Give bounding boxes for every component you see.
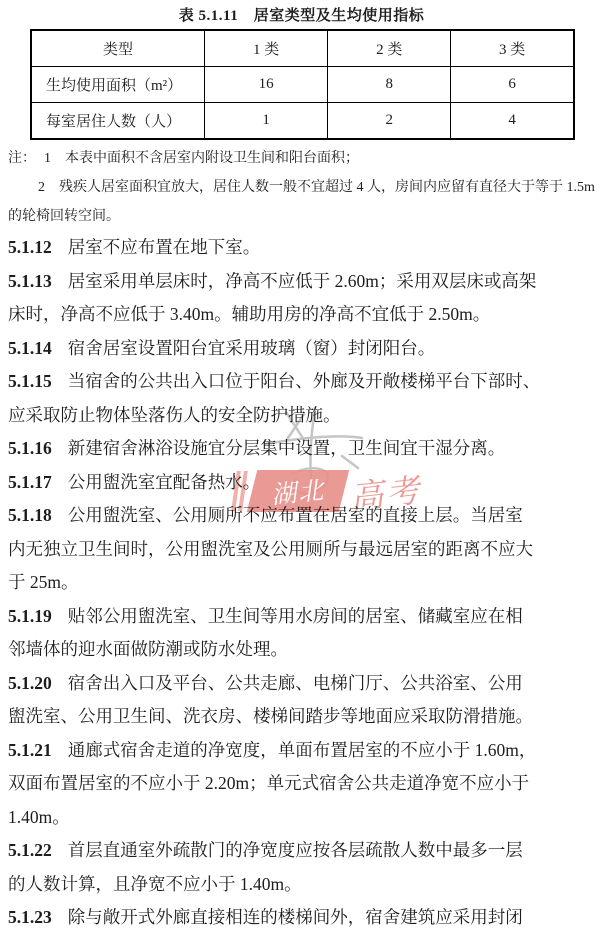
clause-text: 除与敞开式外廊直接相连的楼梯间外，宿舍建筑应采用封闭 [68, 907, 523, 927]
header-class1: 1 类 [205, 30, 328, 67]
row-label-area: 生均使用面积（m²） [31, 67, 205, 103]
clause-number: 5.1.20 [8, 673, 52, 693]
table-notes: 注：1本表中面积不含居室内附设卫生间和阳台面积； 2残疾人居室面积宜放大，居住人… [8, 144, 595, 231]
clause-5-1-23: 5.1.23除与敞开式外廊直接相连的楼梯间外，宿舍建筑应采用封闭 [8, 901, 595, 935]
clause-number: 5.1.12 [8, 237, 52, 257]
clause-number: 5.1.15 [8, 371, 52, 391]
clause-5-1-19: 5.1.19贴邻公用盥洗室、卫生间等用水房间的居室、储藏室应在相 邻墙体的迎水面… [8, 600, 595, 667]
cell-area-3: 6 [451, 67, 574, 103]
clause-number: 5.1.22 [8, 840, 52, 860]
clause-text: 邻墙体的迎水面做防潮或防水处理。 [8, 633, 595, 667]
clause-text: 宿舍居室设置阳台宜采用玻璃（窗）封闭阳台。 [68, 338, 436, 358]
table-header-row: 类型 1 类 2 类 3 类 [31, 30, 574, 67]
note-1: 注：1本表中面积不含居室内附设卫生间和阳台面积； [8, 144, 595, 173]
clause-text: 居室不应布置在地下室。 [68, 237, 261, 257]
table-row: 生均使用面积（m²） 16 8 6 [31, 67, 574, 103]
clause-5-1-18: 5.1.18公用盥洗室、公用厕所不应布置在居室的直接上层。当居室 内无独立卫生间… [8, 499, 595, 600]
spec-table: 类型 1 类 2 类 3 类 生均使用面积（m²） 16 8 6 每室居住人数（… [30, 29, 575, 140]
clause-5-1-14: 5.1.14宿舍居室设置阳台宜采用玻璃（窗）封闭阳台。 [8, 332, 595, 366]
clause-5-1-21: 5.1.21通廊式宿舍走道的净宽度，单面布置居室的不应小于 1.60m， 双面布… [8, 734, 595, 835]
clause-text: 公用盥洗室、公用厕所不应布置在居室的直接上层。当居室 [68, 505, 523, 525]
clause-text: 新建宿舍淋浴设施宜分层集中设置，卫生间宜干湿分离。 [68, 438, 506, 458]
clause-number: 5.1.17 [8, 472, 52, 492]
clause-number: 5.1.14 [8, 338, 52, 358]
clause-number: 5.1.21 [8, 740, 52, 760]
clause-text: 贴邻公用盥洗室、卫生间等用水房间的居室、储藏室应在相 [68, 606, 523, 626]
note-2-number: 2 [38, 180, 45, 195]
clause-5-1-15: 5.1.15当宿舍的公共出入口位于阳台、外廊及开敞楼梯平台下部时、 应采取防止物… [8, 365, 595, 432]
header-type: 类型 [31, 30, 205, 67]
cell-persons-3: 4 [451, 103, 574, 140]
note-1-text: 本表中面积不含居室内附设卫生间和阳台面积； [65, 151, 359, 166]
cell-persons-1: 1 [205, 103, 328, 140]
clause-text: 当宿舍的公共出入口位于阳台、外廊及开敞楼梯平台下部时、 [68, 371, 541, 391]
clause-5-1-22: 5.1.22首层直通室外疏散门的净宽度应按各层疏散人数中最多一层 的人数计算，且… [8, 834, 595, 901]
note-1-number: 1 [44, 151, 51, 166]
clause-number: 5.1.16 [8, 438, 52, 458]
clause-5-1-13: 5.1.13居室采用单层床时，净高不应低于 2.60m；采用双层床或高架 床时，… [8, 265, 595, 332]
clause-text: 盥洗室、公用卫生间、洗衣房、楼梯间踏步等地面应采取防滑措施。 [8, 700, 595, 734]
clause-5-1-12: 5.1.12居室不应布置在地下室。 [8, 231, 595, 265]
clause-text: 应采取防止物体坠落伤人的安全防护措施。 [8, 399, 595, 433]
clause-text: 公用盥洗室宜配备热水。 [68, 472, 261, 492]
note-2: 2残疾人居室面积宜放大，居住人数一般不宜超过 4 人，房间内应留有直径大于等于 … [38, 173, 595, 202]
clause-text: 首层直通室外疏散门的净宽度应按各层疏散人数中最多一层 [68, 840, 523, 860]
note-2-text-line1: 残疾人居室面积宜放大，居住人数一般不宜超过 4 人，房间内应留有直径大于等于 1… [59, 180, 595, 195]
clause-text: 双面布置居室的不应小于 2.20m；单元式宿舍公共走道净宽不应小于 [8, 767, 595, 801]
clause-5-1-16: 5.1.16新建宿舍淋浴设施宜分层集中设置，卫生间宜干湿分离。 [8, 432, 595, 466]
clause-5-1-20: 5.1.20宿舍出入口及平台、公共走廊、电梯门厅、公共浴室、公用 盥洗室、公用卫… [8, 667, 595, 734]
clause-5-1-17: 5.1.17公用盥洗室宜配备热水。 [8, 466, 595, 500]
clause-text: 宿舍出入口及平台、公共走廊、电梯门厅、公共浴室、公用 [68, 673, 523, 693]
clause-text: 床时，净高不应低于 3.40m。辅助用房的净高不宜低于 2.50m。 [8, 298, 595, 332]
header-class2: 2 类 [328, 30, 451, 67]
clause-number: 5.1.18 [8, 505, 52, 525]
clause-number: 5.1.13 [8, 271, 52, 291]
clause-number: 5.1.23 [8, 907, 52, 927]
cell-area-2: 8 [328, 67, 451, 103]
clause-text: 通廊式宿舍走道的净宽度，单面布置居室的不应小于 1.60m， [68, 740, 537, 760]
cell-area-1: 16 [205, 67, 328, 103]
table-row: 每室居住人数（人） 1 2 4 [31, 103, 574, 140]
clause-text: 内无独立卫生间时，公用盥洗室及公用厕所与最远居室的距离不应大 [8, 533, 595, 567]
clause-text: 的人数计算，且净宽不应小于 1.40m。 [8, 868, 595, 902]
clause-text: 居室采用单层床时，净高不应低于 2.60m；采用双层床或高架 [68, 271, 537, 291]
clause-text: 于 25m。 [8, 566, 595, 600]
clauses-section: 5.1.12居室不应布置在地下室。 5.1.13居室采用单层床时，净高不应低于 … [8, 231, 595, 935]
clause-number: 5.1.19 [8, 606, 52, 626]
note-2-continuation: 的轮椅回转空间。 [8, 202, 595, 231]
table-caption: 表 5.1.11 居室类型及生均使用指标 [0, 0, 603, 26]
cell-persons-2: 2 [328, 103, 451, 140]
row-label-persons: 每室居住人数（人） [31, 103, 205, 140]
note-prefix: 注： [8, 151, 36, 166]
header-class3: 3 类 [451, 30, 574, 67]
clause-text: 1.40m。 [8, 801, 595, 835]
note-2-text-line2: 的轮椅回转空间。 [8, 209, 120, 224]
